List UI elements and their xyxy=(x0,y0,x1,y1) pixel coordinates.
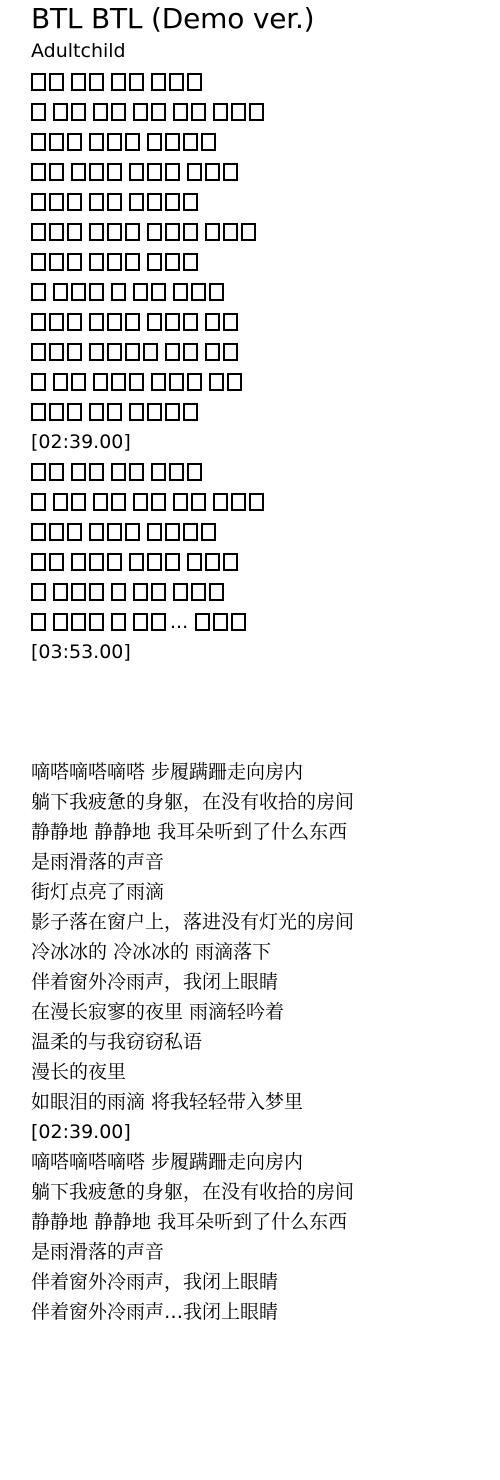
lyric-word xyxy=(93,103,126,121)
lyric-word xyxy=(205,343,238,361)
missing-glyph-box xyxy=(187,73,202,91)
lyric-word xyxy=(173,103,206,121)
lyric-line: 嘀嗒嘀嗒嘀嗒 步履蹒跚走向房内 xyxy=(31,757,491,787)
lyric-line xyxy=(31,277,491,307)
lyric-word xyxy=(71,463,104,481)
lyric-word xyxy=(31,283,46,301)
missing-glyph-box xyxy=(107,163,122,181)
missing-glyph-box xyxy=(191,103,206,121)
lyric-word xyxy=(173,583,224,601)
missing-glyph-box xyxy=(169,73,184,91)
lyric-line: 伴着窗外冷雨声…我闭上眼睛 xyxy=(31,1297,491,1327)
missing-glyph-box xyxy=(165,253,180,271)
missing-glyph-box xyxy=(147,313,162,331)
missing-glyph-box xyxy=(111,373,126,391)
missing-glyph-box xyxy=(71,73,86,91)
missing-glyph-box xyxy=(165,313,180,331)
lyric-line: 在漫长寂寥的夜里 雨滴轻吟着 xyxy=(31,997,491,1027)
missing-glyph-box xyxy=(231,493,246,511)
missing-glyph-box xyxy=(205,343,220,361)
missing-glyph-box xyxy=(71,553,86,571)
missing-glyph-box xyxy=(191,283,206,301)
lyric-word xyxy=(31,523,82,541)
missing-glyph-box xyxy=(147,253,162,271)
lyric-word xyxy=(89,313,140,331)
missing-glyph-box xyxy=(89,403,104,421)
lyric-line: 冷冰冰的 冷冰冰的 雨滴落下 xyxy=(31,937,491,967)
missing-glyph-box xyxy=(125,313,140,331)
lyric-line: 是雨滑落的声音 xyxy=(31,1237,491,1267)
missing-glyph-box xyxy=(183,223,198,241)
missing-glyph-box xyxy=(223,343,238,361)
lyrics-body: [02:39.00]...[03:53.00] 嘀嗒嘀嗒嘀嗒 步履蹒跚走向房内躺… xyxy=(31,67,491,1327)
missing-glyph-box xyxy=(201,523,216,541)
missing-glyph-box xyxy=(227,373,242,391)
missing-glyph-box xyxy=(191,583,206,601)
lyric-word xyxy=(213,493,264,511)
missing-glyph-box xyxy=(89,193,104,211)
missing-glyph-box xyxy=(67,223,82,241)
original-lyrics: [02:39.00]...[03:53.00] xyxy=(31,67,491,667)
missing-glyph-box xyxy=(31,313,46,331)
lyric-word xyxy=(53,103,86,121)
lyric-word xyxy=(31,313,82,331)
missing-glyph-box xyxy=(147,133,162,151)
missing-glyph-box xyxy=(31,163,46,181)
lyric-word xyxy=(173,283,224,301)
missing-glyph-box xyxy=(53,103,68,121)
missing-glyph-box xyxy=(151,73,166,91)
lyric-word xyxy=(89,253,140,271)
lyric-line xyxy=(31,187,491,217)
lyric-line xyxy=(31,247,491,277)
missing-glyph-box xyxy=(209,373,224,391)
missing-glyph-box xyxy=(71,163,86,181)
missing-glyph-box xyxy=(53,373,68,391)
missing-glyph-box xyxy=(31,373,46,391)
missing-glyph-box xyxy=(111,583,126,601)
missing-glyph-box xyxy=(31,223,46,241)
missing-glyph-box xyxy=(231,103,246,121)
lyric-word xyxy=(111,283,126,301)
missing-glyph-box xyxy=(71,103,86,121)
missing-glyph-box xyxy=(173,493,188,511)
missing-glyph-box xyxy=(205,223,220,241)
lyric-line: 躺下我疲惫的身躯，在没有收拾的房间 xyxy=(31,1177,491,1207)
missing-glyph-box xyxy=(49,403,64,421)
lyric-word xyxy=(31,73,64,91)
lyric-line: 躺下我疲惫的身躯，在没有收拾的房间 xyxy=(31,787,491,817)
missing-glyph-box xyxy=(173,583,188,601)
missing-glyph-box xyxy=(165,223,180,241)
missing-glyph-box xyxy=(89,253,104,271)
lyric-line xyxy=(31,397,491,427)
missing-glyph-box xyxy=(67,523,82,541)
missing-glyph-box xyxy=(31,463,46,481)
missing-glyph-box xyxy=(71,613,86,631)
lyric-word xyxy=(31,103,46,121)
missing-glyph-box xyxy=(49,163,64,181)
missing-glyph-box xyxy=(49,193,64,211)
missing-glyph-box xyxy=(107,253,122,271)
missing-glyph-box xyxy=(165,193,180,211)
missing-glyph-box xyxy=(147,403,162,421)
translated-lyrics: 嘀嗒嘀嗒嘀嗒 步履蹒跚走向房内躺下我疲惫的身躯，在没有收拾的房间静静地 静静地 … xyxy=(31,757,491,1327)
lyric-line: 嘀嗒嘀嗒嘀嗒 步履蹒跚走向房内 xyxy=(31,1147,491,1177)
missing-glyph-box xyxy=(165,553,180,571)
missing-glyph-box xyxy=(143,343,158,361)
lyric-word xyxy=(151,463,202,481)
missing-glyph-box xyxy=(89,73,104,91)
lyric-line: 漫长的夜里 xyxy=(31,1057,491,1087)
missing-glyph-box xyxy=(93,103,108,121)
missing-glyph-box xyxy=(31,193,46,211)
missing-glyph-box xyxy=(213,493,228,511)
section-gap xyxy=(31,697,491,727)
lyric-word xyxy=(53,583,104,601)
missing-glyph-box xyxy=(89,463,104,481)
missing-glyph-box xyxy=(125,253,140,271)
missing-glyph-box xyxy=(201,133,216,151)
missing-glyph-box xyxy=(129,463,144,481)
missing-glyph-box xyxy=(107,223,122,241)
missing-glyph-box xyxy=(125,523,140,541)
missing-glyph-box xyxy=(147,163,162,181)
missing-glyph-box xyxy=(147,523,162,541)
missing-glyph-box xyxy=(89,523,104,541)
missing-glyph-box xyxy=(125,223,140,241)
missing-glyph-box xyxy=(223,223,238,241)
missing-glyph-box xyxy=(49,553,64,571)
lyric-word xyxy=(147,523,216,541)
missing-glyph-box xyxy=(133,283,148,301)
missing-glyph-box xyxy=(205,163,220,181)
lyric-word xyxy=(89,133,140,151)
missing-glyph-box xyxy=(49,463,64,481)
lyric-word xyxy=(31,163,64,181)
missing-glyph-box xyxy=(187,553,202,571)
lyric-word xyxy=(147,253,198,271)
artist-name: Adultchild xyxy=(31,37,491,63)
missing-glyph-box xyxy=(71,463,86,481)
lyric-word xyxy=(71,163,122,181)
lyric-line: 伴着窗外冷雨声，我闭上眼睛 xyxy=(31,1267,491,1297)
missing-glyph-box xyxy=(107,523,122,541)
missing-glyph-box xyxy=(89,613,104,631)
lyric-word xyxy=(187,553,238,571)
missing-glyph-box xyxy=(173,283,188,301)
lyric-word xyxy=(195,613,246,631)
lyric-line xyxy=(31,547,491,577)
lyric-word xyxy=(133,283,166,301)
missing-glyph-box xyxy=(151,373,166,391)
lyric-word xyxy=(151,373,202,391)
lyric-word xyxy=(89,193,122,211)
missing-glyph-box xyxy=(49,253,64,271)
missing-glyph-box xyxy=(67,403,82,421)
missing-glyph-box xyxy=(89,583,104,601)
missing-glyph-box xyxy=(53,493,68,511)
missing-glyph-box xyxy=(31,583,46,601)
missing-glyph-box xyxy=(89,343,104,361)
missing-glyph-box xyxy=(151,283,166,301)
missing-glyph-box xyxy=(183,193,198,211)
missing-glyph-box xyxy=(71,583,86,601)
missing-glyph-box xyxy=(147,553,162,571)
missing-glyph-box xyxy=(249,493,264,511)
lyric-line: 静静地 静静地 我耳朵听到了什么东西 xyxy=(31,817,491,847)
missing-glyph-box xyxy=(107,553,122,571)
missing-glyph-box xyxy=(31,493,46,511)
missing-glyph-box xyxy=(31,73,46,91)
missing-glyph-box xyxy=(183,523,198,541)
missing-glyph-box xyxy=(107,403,122,421)
lyric-word xyxy=(129,193,198,211)
missing-glyph-box xyxy=(111,73,126,91)
missing-glyph-box xyxy=(133,583,148,601)
lyric-line: 温柔的与我窃窃私语 xyxy=(31,1027,491,1057)
lyric-line xyxy=(31,307,491,337)
lyric-line xyxy=(31,97,491,127)
missing-glyph-box xyxy=(53,583,68,601)
section-gap xyxy=(31,727,491,757)
lyric-word xyxy=(89,523,140,541)
missing-glyph-box xyxy=(89,283,104,301)
missing-glyph-box xyxy=(129,403,144,421)
lyric-word xyxy=(133,103,166,121)
lyric-word xyxy=(31,583,46,601)
missing-glyph-box xyxy=(49,133,64,151)
missing-glyph-box xyxy=(209,283,224,301)
ellipsis: ... xyxy=(170,607,188,637)
missing-glyph-box xyxy=(165,403,180,421)
lyric-word xyxy=(71,553,122,571)
missing-glyph-box xyxy=(31,133,46,151)
missing-glyph-box xyxy=(67,133,82,151)
lyric-line xyxy=(31,367,491,397)
missing-glyph-box xyxy=(151,583,166,601)
missing-glyph-box xyxy=(187,463,202,481)
lyric-word xyxy=(129,163,180,181)
lyric-word xyxy=(31,463,64,481)
missing-glyph-box xyxy=(49,73,64,91)
lyric-word xyxy=(31,193,82,211)
missing-glyph-box xyxy=(183,403,198,421)
lyric-word xyxy=(31,553,64,571)
lyric-word xyxy=(147,223,198,241)
missing-glyph-box xyxy=(31,613,46,631)
timestamp-line: [02:39.00] xyxy=(31,1117,491,1147)
missing-glyph-box xyxy=(183,343,198,361)
missing-glyph-box xyxy=(31,283,46,301)
lyric-word xyxy=(31,223,82,241)
lyric-word xyxy=(129,553,180,571)
missing-glyph-box xyxy=(89,313,104,331)
missing-glyph-box xyxy=(187,373,202,391)
missing-glyph-box xyxy=(31,403,46,421)
missing-glyph-box xyxy=(209,583,224,601)
missing-glyph-box xyxy=(169,373,184,391)
missing-glyph-box xyxy=(31,553,46,571)
lyric-word xyxy=(31,493,46,511)
lyric-line xyxy=(31,157,491,187)
missing-glyph-box xyxy=(231,613,246,631)
missing-glyph-box xyxy=(111,463,126,481)
missing-glyph-box xyxy=(125,343,140,361)
missing-glyph-box xyxy=(31,253,46,271)
missing-glyph-box xyxy=(195,613,210,631)
lyric-word xyxy=(173,493,206,511)
missing-glyph-box xyxy=(111,283,126,301)
lyric-word xyxy=(31,253,82,271)
lyric-line xyxy=(31,487,491,517)
lyric-line: 如眼泪的雨滴 将我轻轻带入梦里 xyxy=(31,1087,491,1117)
lyric-line: 伴着窗外冷雨声，我闭上眼睛 xyxy=(31,967,491,997)
lyric-line: ... xyxy=(31,607,491,637)
lyric-word xyxy=(111,73,144,91)
lyric-word xyxy=(111,613,126,631)
missing-glyph-box xyxy=(49,313,64,331)
missing-glyph-box xyxy=(53,613,68,631)
missing-glyph-box xyxy=(71,373,86,391)
missing-glyph-box xyxy=(165,163,180,181)
missing-glyph-box xyxy=(223,313,238,331)
missing-glyph-box xyxy=(107,193,122,211)
section-gap xyxy=(31,667,491,697)
missing-glyph-box xyxy=(93,493,108,511)
lyric-line xyxy=(31,337,491,367)
lyric-word xyxy=(147,133,216,151)
lyric-word xyxy=(205,223,256,241)
missing-glyph-box xyxy=(187,163,202,181)
lyrics-page: BTL BTL (Demo ver.) Adultchild [02:39.00… xyxy=(31,0,491,1327)
lyric-word xyxy=(133,493,166,511)
missing-glyph-box xyxy=(173,103,188,121)
lyric-word xyxy=(89,403,122,421)
missing-glyph-box xyxy=(89,223,104,241)
lyric-line: 静静地 静静地 我耳朵听到了什么东西 xyxy=(31,1207,491,1237)
timestamp-line: [03:53.00] xyxy=(31,637,491,667)
missing-glyph-box xyxy=(205,313,220,331)
missing-glyph-box xyxy=(223,163,238,181)
missing-glyph-box xyxy=(31,103,46,121)
missing-glyph-box xyxy=(89,133,104,151)
missing-glyph-box xyxy=(165,523,180,541)
lyric-word xyxy=(111,583,126,601)
missing-glyph-box xyxy=(191,493,206,511)
lyric-line xyxy=(31,517,491,547)
lyric-word xyxy=(53,373,86,391)
missing-glyph-box xyxy=(71,493,86,511)
missing-glyph-box xyxy=(147,223,162,241)
missing-glyph-box xyxy=(67,193,82,211)
missing-glyph-box xyxy=(125,133,140,151)
lyric-line: 是雨滑落的声音 xyxy=(31,847,491,877)
missing-glyph-box xyxy=(71,283,86,301)
missing-glyph-box xyxy=(53,283,68,301)
lyric-word xyxy=(147,313,198,331)
missing-glyph-box xyxy=(111,103,126,121)
missing-glyph-box xyxy=(67,313,82,331)
lyric-word xyxy=(31,373,46,391)
lyric-word xyxy=(53,283,104,301)
lyric-word xyxy=(53,493,86,511)
missing-glyph-box xyxy=(129,193,144,211)
lyric-line xyxy=(31,457,491,487)
missing-glyph-box xyxy=(223,553,238,571)
missing-glyph-box xyxy=(169,463,184,481)
lyric-word xyxy=(31,133,82,151)
lyric-line xyxy=(31,67,491,97)
missing-glyph-box xyxy=(151,103,166,121)
missing-glyph-box xyxy=(93,373,108,391)
lyric-word xyxy=(187,163,238,181)
missing-glyph-box xyxy=(89,553,104,571)
missing-glyph-box xyxy=(49,343,64,361)
missing-glyph-box xyxy=(111,613,126,631)
lyric-word xyxy=(93,373,144,391)
lyric-word xyxy=(129,403,198,421)
lyric-word: ... xyxy=(133,607,188,637)
song-title: BTL BTL (Demo ver.) xyxy=(31,0,491,37)
missing-glyph-box xyxy=(31,523,46,541)
lyric-word xyxy=(31,343,82,361)
missing-glyph-box xyxy=(213,103,228,121)
lyric-word xyxy=(133,583,166,601)
lyric-word xyxy=(151,73,202,91)
missing-glyph-box xyxy=(129,163,144,181)
lyric-line xyxy=(31,577,491,607)
missing-glyph-box xyxy=(183,313,198,331)
missing-glyph-box xyxy=(165,133,180,151)
missing-glyph-box xyxy=(49,523,64,541)
lyric-line: 街灯点亮了雨滴 xyxy=(31,877,491,907)
missing-glyph-box xyxy=(165,343,180,361)
lyric-word xyxy=(31,613,46,631)
missing-glyph-box xyxy=(213,613,228,631)
lyric-word xyxy=(165,343,198,361)
lyric-word xyxy=(93,493,126,511)
missing-glyph-box xyxy=(49,223,64,241)
missing-glyph-box xyxy=(129,553,144,571)
missing-glyph-box xyxy=(107,133,122,151)
missing-glyph-box xyxy=(183,133,198,151)
missing-glyph-box xyxy=(133,613,148,631)
timestamp-line: [02:39.00] xyxy=(31,427,491,457)
missing-glyph-box xyxy=(31,343,46,361)
missing-glyph-box xyxy=(249,103,264,121)
missing-glyph-box xyxy=(111,493,126,511)
missing-glyph-box xyxy=(107,313,122,331)
missing-glyph-box xyxy=(241,223,256,241)
lyric-word xyxy=(89,343,158,361)
lyric-word xyxy=(53,613,104,631)
missing-glyph-box xyxy=(67,253,82,271)
missing-glyph-box xyxy=(205,553,220,571)
lyric-word xyxy=(71,73,104,91)
lyric-line xyxy=(31,217,491,247)
missing-glyph-box xyxy=(133,103,148,121)
lyric-word xyxy=(31,403,82,421)
lyric-line: 影子落在窗户上，落进没有灯光的房间 xyxy=(31,907,491,937)
lyric-word xyxy=(213,103,264,121)
lyric-word xyxy=(111,463,144,481)
missing-glyph-box xyxy=(147,193,162,211)
missing-glyph-box xyxy=(151,463,166,481)
missing-glyph-box xyxy=(133,493,148,511)
missing-glyph-box xyxy=(67,343,82,361)
missing-glyph-box xyxy=(183,253,198,271)
